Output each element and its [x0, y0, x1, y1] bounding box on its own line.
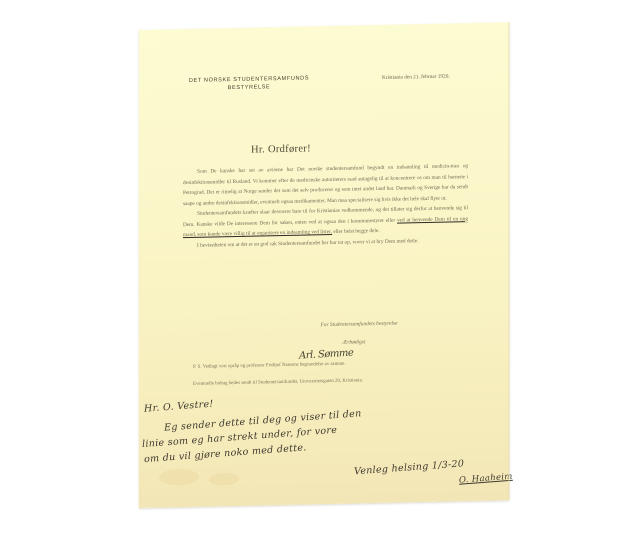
dateline: Kristiania den 21. februar 1920.	[382, 73, 450, 80]
letterhead: DET NORSKE STUDENTERSAMFUNDS BESTYRELSE	[169, 74, 329, 93]
letter-body: Som De kanske har set av avisene har Det…	[183, 161, 468, 251]
handwritten-line: Hr. O. Vestre!	[144, 399, 214, 415]
contact-line: Eventuelle bidrag bedes sendt til Studen…	[193, 376, 483, 387]
paper-stain	[209, 473, 239, 486]
paragraph-text: Som De kanske har set av avisene har Det…	[183, 163, 468, 206]
handwritten-line: Venleg helsing 1/3-20	[354, 458, 465, 477]
closing: For Studentersamfundets bestyrelse	[174, 318, 544, 332]
salutation: Hr. Ordfører!	[251, 143, 311, 155]
signature: Arl. Sømme	[299, 348, 354, 362]
letter-paper: DET NORSKE STUDENTERSAMFUNDS BESTYRELSE …	[139, 22, 509, 508]
paragraph-text: eller helst begge dele.	[332, 228, 380, 235]
postscript: P. S. Vedlagt vort opråp og professor Fr…	[193, 359, 483, 370]
paragraph-text: I bevisstheten om at det er en god sak S…	[197, 238, 419, 249]
closing-salute: Ærbødigst	[169, 336, 539, 350]
paper-stain	[159, 469, 199, 486]
handwritten-signature: O. Haaheim	[459, 472, 513, 486]
paragraph: Som De kanske har set av avisene har Det…	[183, 161, 468, 209]
